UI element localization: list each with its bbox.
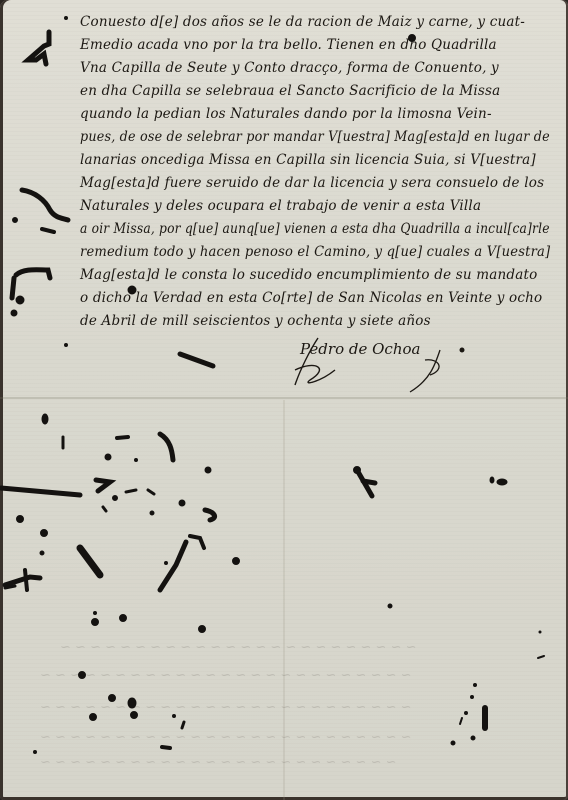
ink-blots	[0, 0, 568, 800]
manuscript-page: ~ ~ ~ ~ ~ ~ ~ ~ ~ ~ ~ ~ ~ ~ ~ ~ ~ ~ ~ ~ …	[0, 0, 568, 800]
